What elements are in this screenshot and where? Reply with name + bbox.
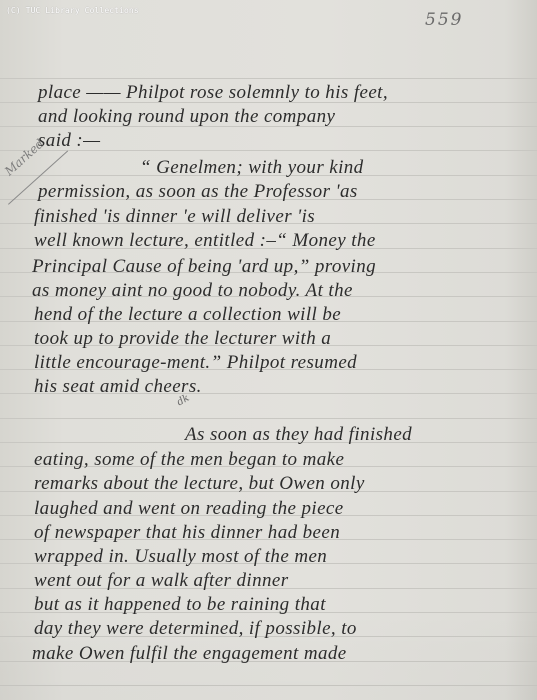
ruled-line [0, 418, 537, 419]
text-line: his seat amid cheers. [34, 376, 202, 398]
text-line: finished 'is dinner 'e will deliver 'is [34, 206, 315, 228]
text-line: laughed and went on reading the piece [34, 498, 344, 520]
text-line: went out for a walk after dinner [34, 570, 289, 592]
copyright-watermark: (C) TUC Library Collections [6, 6, 139, 15]
text-line: as money aint no good to nobody. At the [32, 280, 353, 302]
text-line: As soon as they had finished [185, 424, 412, 446]
text-line: well known lecture, entitled :–“ Money t… [34, 230, 376, 252]
ruled-line [0, 78, 537, 79]
text-line: eating, some of the men began to make [34, 449, 344, 471]
paper-shading [0, 610, 537, 700]
text-line: “ Genelmen; with your kind [140, 157, 364, 179]
text-line: Principal Cause of being 'ard up,” provi… [32, 256, 376, 278]
text-line: wrapped in. Usually most of the men [34, 546, 327, 568]
text-line: little encourage-ment.” Philpot resumed [34, 352, 357, 374]
text-line: and looking round upon the company [38, 106, 335, 128]
text-line: took up to provide the lecturer with a [34, 328, 331, 350]
text-line: place —— Philpot rose solemnly to his fe… [38, 82, 388, 104]
text-line: permission, as soon as the Professor 'as [38, 181, 358, 203]
text-line: hend of the lecture a collection will be [34, 304, 341, 326]
page-number: 559 [425, 10, 463, 30]
manuscript-page: (C) TUC Library Collections 559 Marked d… [0, 0, 537, 700]
text-line: said :— [38, 130, 100, 152]
text-line: of newspaper that his dinner had been [34, 522, 340, 544]
text-line: remarks about the lecture, but Owen only [34, 473, 365, 495]
